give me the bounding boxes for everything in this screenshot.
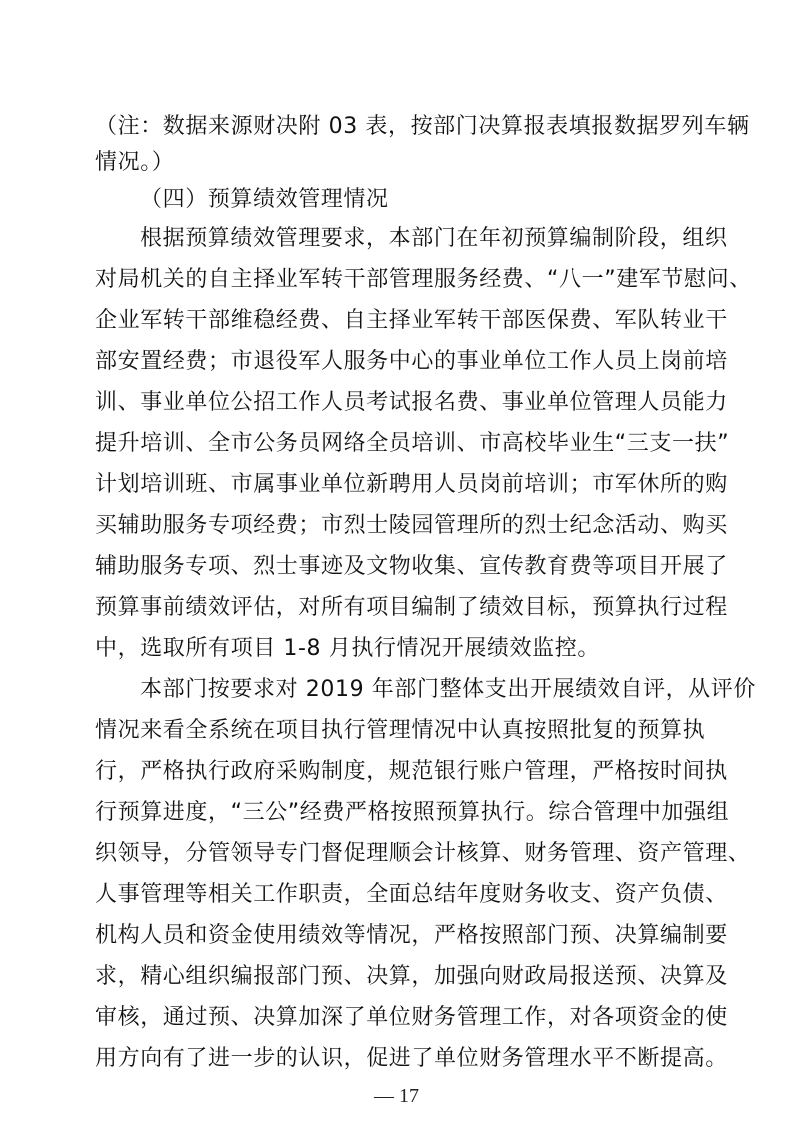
paragraph-line: 辅助服务专项、烈士事迹及文物收集、宣传教育费等项目开展了 bbox=[95, 552, 728, 582]
paragraph-line: 中，选取所有项目 1-8 月执行情况开展绩效监控。 bbox=[95, 634, 600, 664]
paragraph-line: 审核，通过预、决算加深了单位财务管理工作，对各项资金的使 bbox=[95, 1003, 728, 1033]
paragraph-line: 计划培训班、市属事业单位新聘用人员岗前培训；市军休所的购 bbox=[95, 470, 728, 500]
paragraph-line: 训、事业单位公招工作人员考试报名费、事业单位管理人员能力 bbox=[95, 388, 728, 418]
page-number: — 17 bbox=[0, 1085, 793, 1108]
paragraph-line: 本部门按要求对 2019 年部门整体支出开展绩效自评，从评价 bbox=[140, 675, 756, 705]
paragraph-line: 对局机关的自主择业军转干部管理服务经费、“八一”建军节慰问、 bbox=[95, 265, 752, 295]
paragraph-line: 买辅助服务专项经费；市烈士陵园管理所的烈士纪念活动、购买 bbox=[95, 511, 728, 541]
paragraph-line: 求，精心组织编报部门预、决算，加强向财政局报送预、决算及 bbox=[95, 962, 728, 992]
paragraph-line: 根据预算绩效管理要求，本部门在年初预算编制阶段，组织 bbox=[140, 224, 728, 254]
note-line: 情况。） bbox=[95, 148, 174, 178]
document-page: （注：数据来源财决附 03 表，按部门决算报表填报数据罗列车辆 情况。） （四）… bbox=[0, 0, 793, 1122]
section-heading: （四）预算绩效管理情况 bbox=[140, 185, 389, 215]
paragraph-line: 行预算进度，“三公”经费严格按照预算执行。综合管理中加强组 bbox=[95, 798, 729, 828]
paragraph-line: 部安置经费；市退役军人服务中心的事业单位工作人员上岗前培 bbox=[95, 347, 728, 377]
paragraph-line: 情况来看全系统在项目执行管理情况中认真按照批复的预算执 bbox=[95, 716, 705, 746]
note-line: （注：数据来源财决附 03 表，按部门决算报表填报数据罗列车辆 bbox=[95, 112, 750, 142]
paragraph-line: 人事管理等相关工作职责，全面总结年度财务收支、资产负债、 bbox=[95, 880, 728, 910]
paragraph-line: 行，严格执行政府采购制度，规范银行账户管理，严格按时间执 bbox=[95, 757, 728, 787]
paragraph-line: 企业军转干部维稳经费、自主择业军转干部医保费、军队转业干 bbox=[95, 306, 728, 336]
paragraph-line: 提升培训、全市公务员网络全员培训、市高校毕业生“三支一扶” bbox=[95, 429, 729, 459]
paragraph-line: 织领导，分管领导专门督促理顺会计核算、财务管理、资产管理、 bbox=[95, 839, 750, 869]
paragraph-line: 用方向有了进一步的认识，促进了单位财务管理水平不断提高。 bbox=[95, 1044, 728, 1074]
paragraph-line: 机构人员和资金使用绩效等情况，严格按照部门预、决算编制要 bbox=[95, 921, 728, 951]
paragraph-line: 预算事前绩效评估，对所有项目编制了绩效目标，预算执行过程 bbox=[95, 593, 728, 623]
